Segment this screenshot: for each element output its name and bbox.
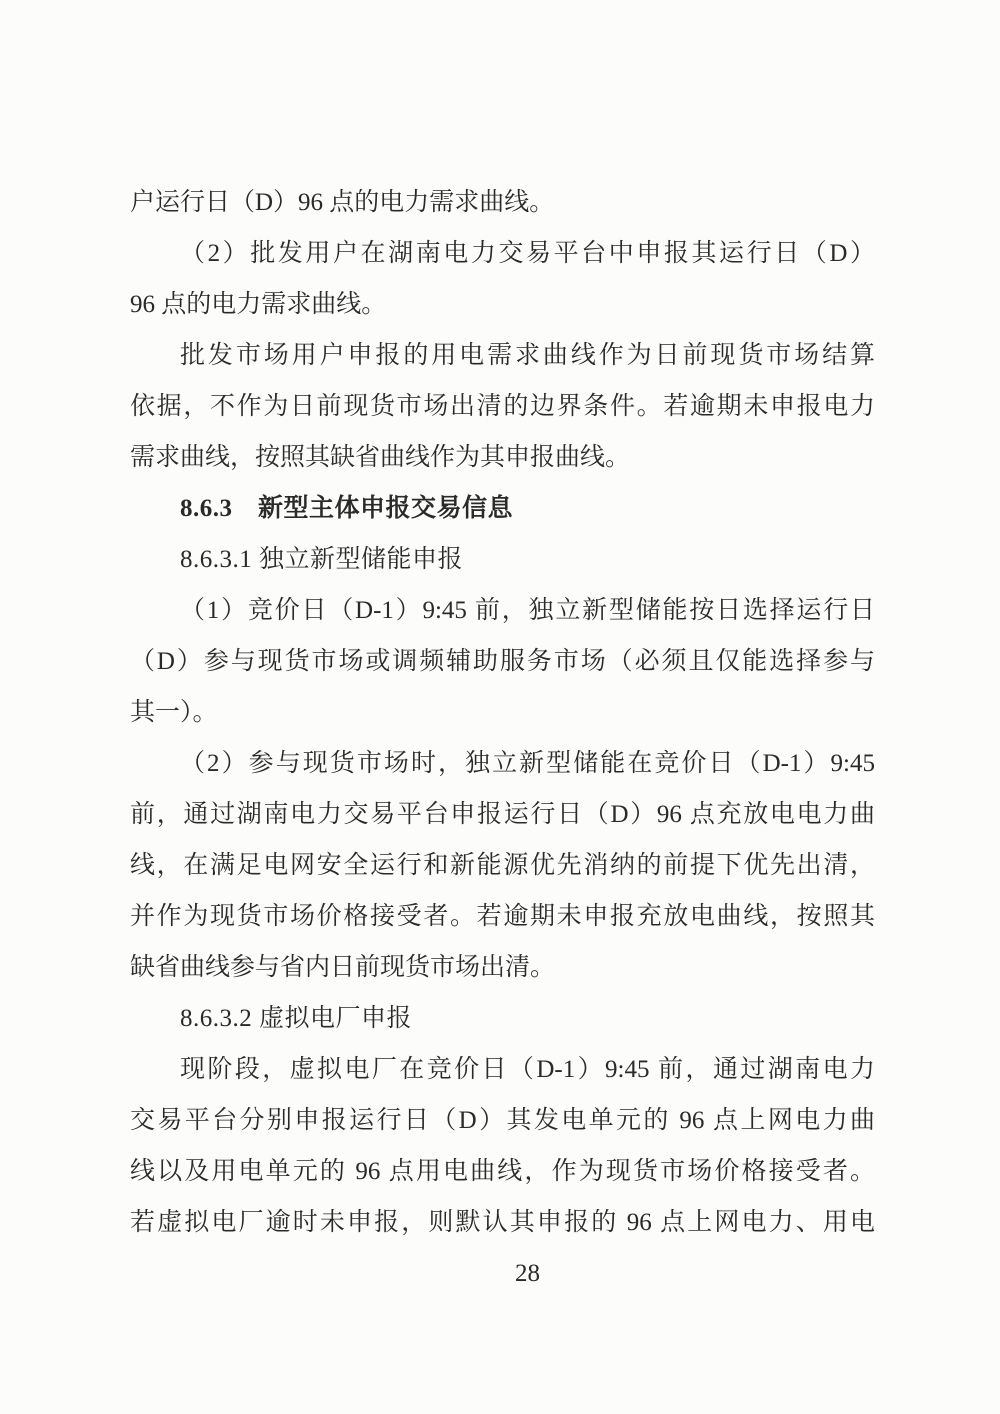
body-line: 其一）。	[130, 687, 875, 738]
body-line: （1）竞价日（D-1）9:45 前，独立新型储能按日选择运行日	[130, 585, 875, 636]
heading-8-6-3-1: 8.6.3.1 独立新型储能申报	[130, 534, 875, 585]
heading-8-6-3: 8.6.3 新型主体申报交易信息	[130, 483, 875, 534]
page-number: 28	[515, 1260, 540, 1287]
body-line: （2）参与现货市场时，独立新型储能在竞价日（D-1）9:45	[130, 738, 875, 789]
page-footer: 28	[130, 1248, 875, 1299]
body-line: （D）参与现货市场或调频辅助服务市场（必须且仅能选择参与	[130, 636, 875, 687]
document-page: 户运行日（D）96 点的电力需求曲线。 （2）批发用户在湖南电力交易平台中申报其…	[0, 0, 1000, 1414]
body-line: 96 点的电力需求曲线。	[130, 279, 875, 330]
body-line: 户运行日（D）96 点的电力需求曲线。	[130, 177, 875, 228]
body-line: 线以及用电单元的 96 点用电曲线，作为现货市场价格接受者。	[130, 1146, 875, 1197]
body-line: 缺省曲线参与省内日前现货市场出清。	[130, 942, 875, 993]
body-line: 批发市场用户申报的用电需求曲线作为日前现货市场结算	[130, 330, 875, 381]
body-line: 前，通过湖南电力交易平台申报运行日（D）96 点充放电电力曲	[130, 789, 875, 840]
body-line: 交易平台分别申报运行日（D）其发电单元的 96 点上网电力曲	[130, 1095, 875, 1146]
heading-8-6-3-2: 8.6.3.2 虚拟电厂申报	[130, 993, 875, 1044]
page-body: 户运行日（D）96 点的电力需求曲线。 （2）批发用户在湖南电力交易平台中申报其…	[130, 177, 875, 1248]
body-line: 需求曲线，按照其缺省曲线作为其申报曲线。	[130, 432, 875, 483]
body-line: （2）批发用户在湖南电力交易平台中申报其运行日（D）	[130, 228, 875, 279]
body-line: 若虚拟电厂逾时未申报，则默认其申报的 96 点上网电力、用电	[130, 1197, 875, 1248]
body-line: 依据，不作为日前现货市场出清的边界条件。若逾期未申报电力	[130, 381, 875, 432]
body-line: 现阶段，虚拟电厂在竞价日（D-1）9:45 前，通过湖南电力	[130, 1044, 875, 1095]
body-line: 并作为现货市场价格接受者。若逾期未申报充放电曲线，按照其	[130, 891, 875, 942]
body-line: 线，在满足电网安全运行和新能源优先消纳的前提下优先出清，	[130, 840, 875, 891]
